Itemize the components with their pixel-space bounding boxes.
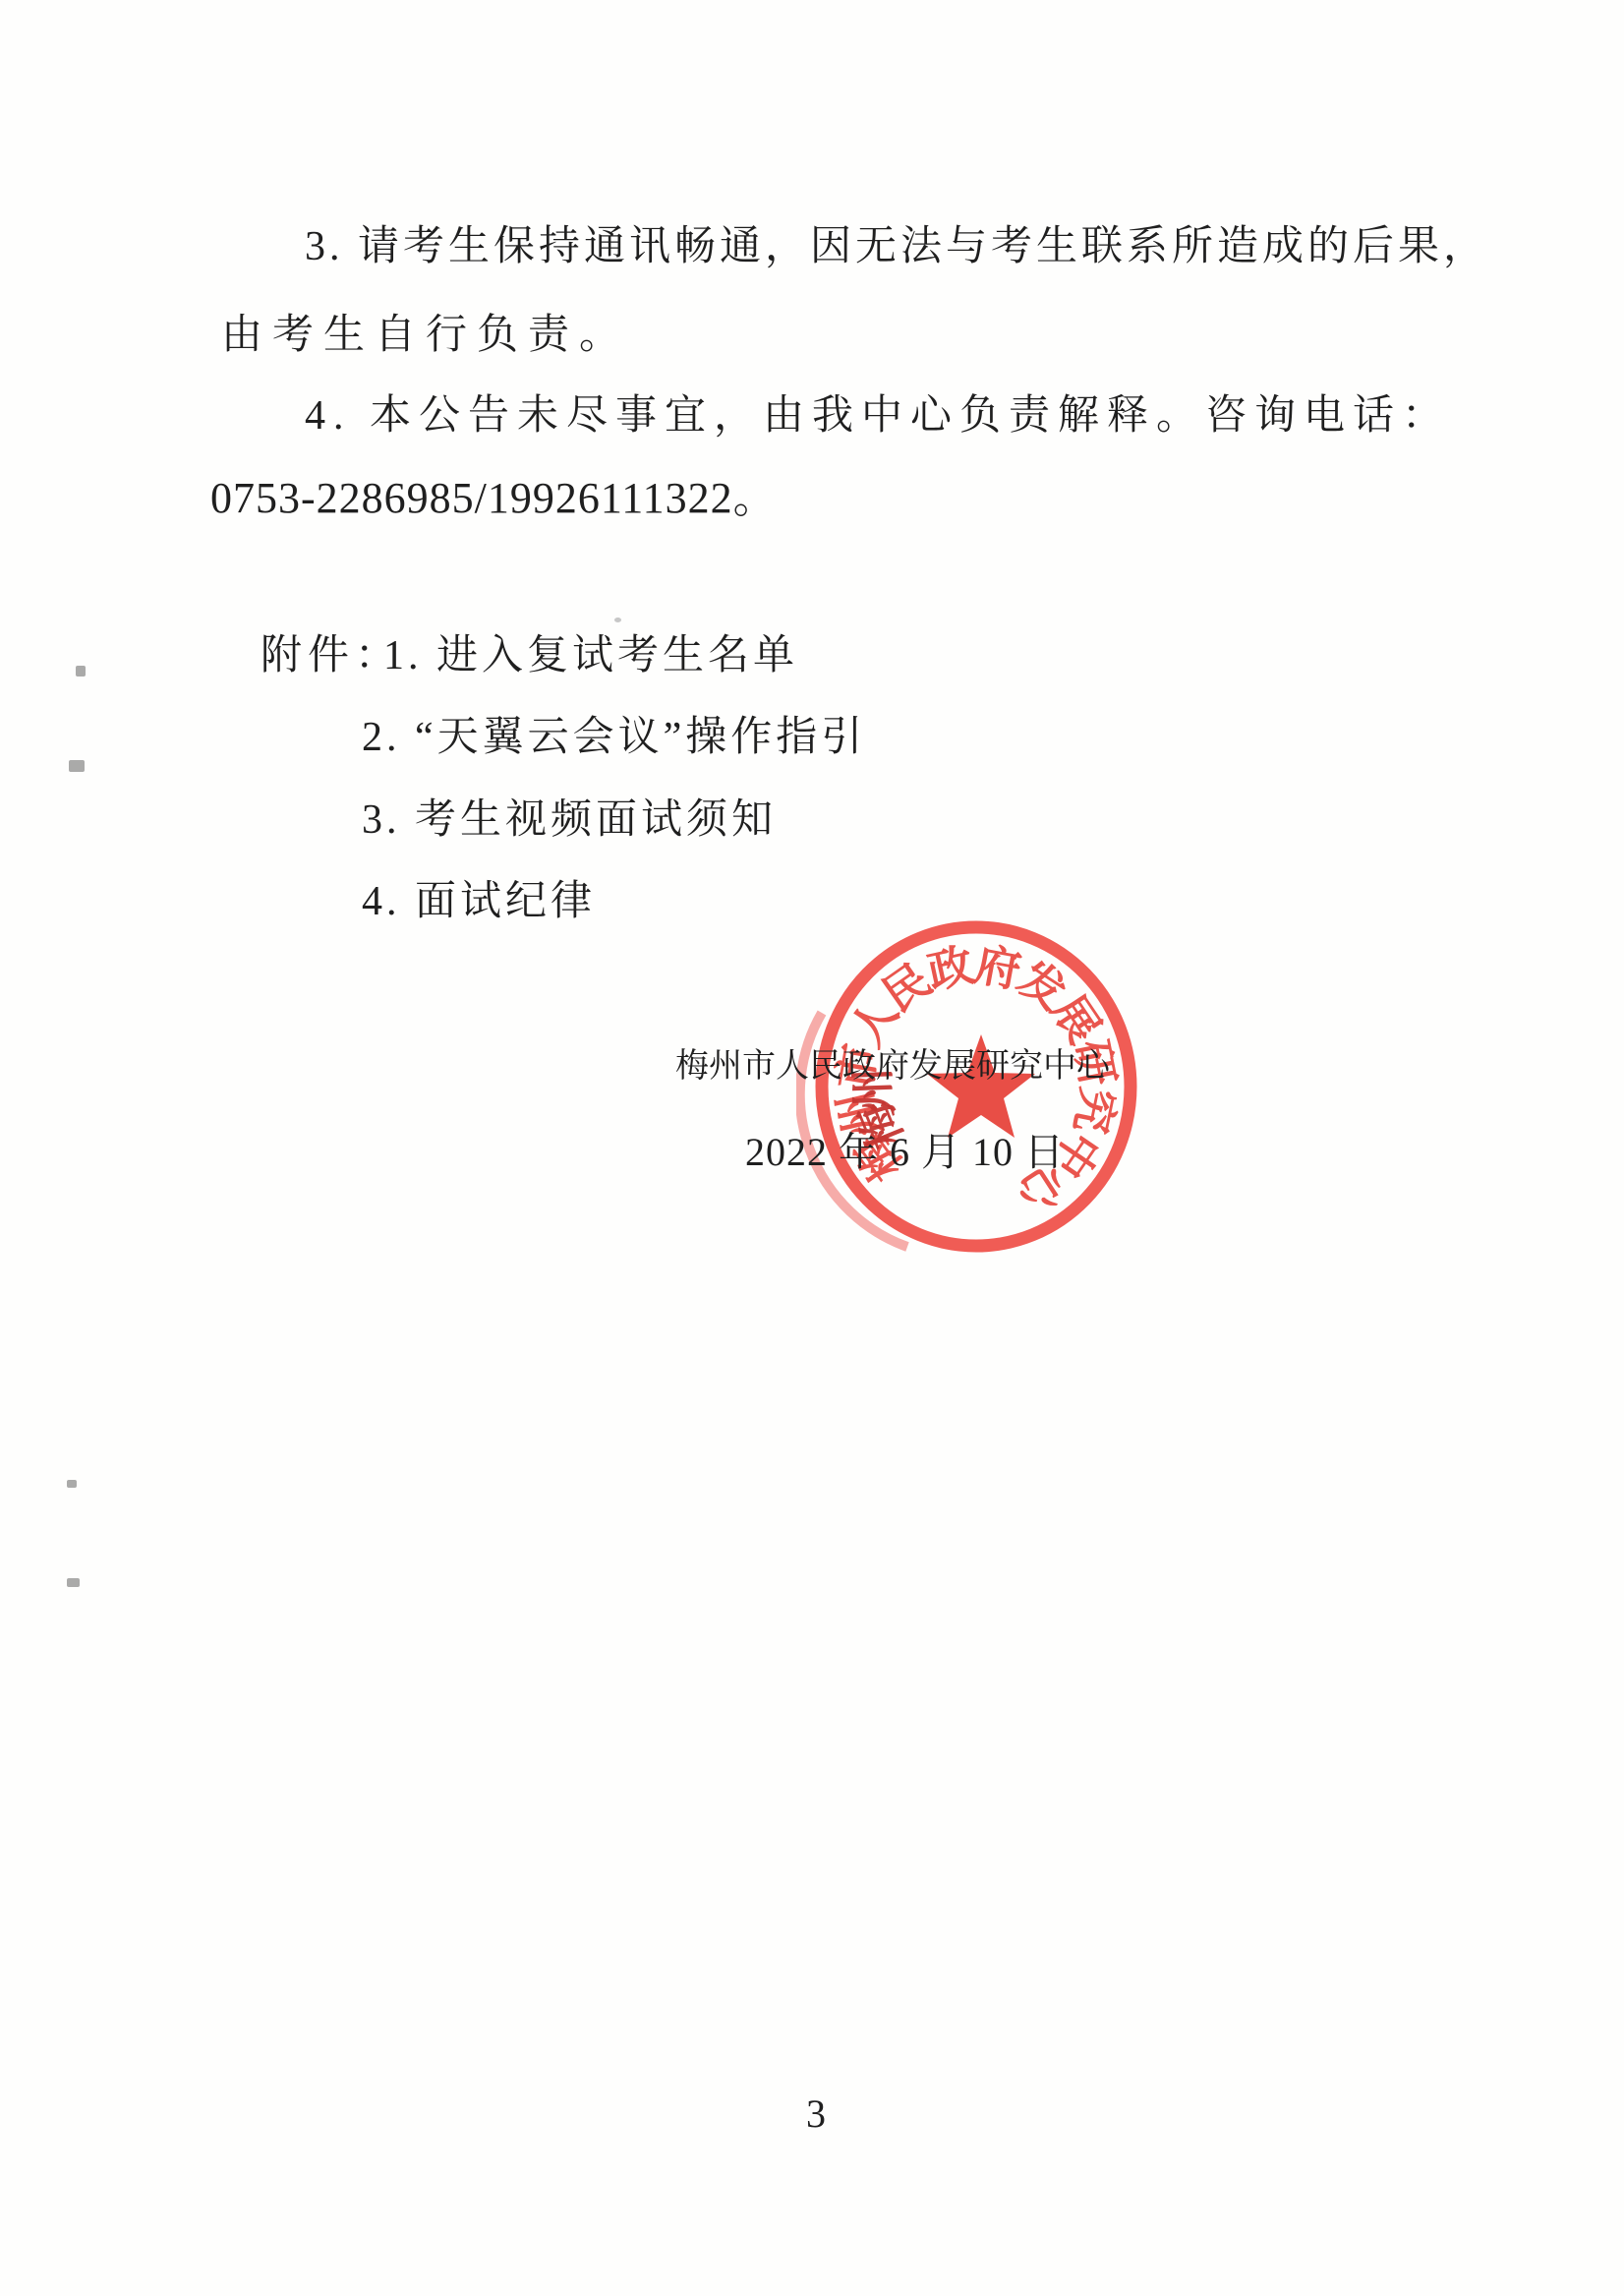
phone-numbers: 0753-2286985/19926111322。 (210, 475, 778, 522)
paragraph-4-line-1: 4. 本公告未尽事宜，由我中心负责解释。咨询电话： (305, 394, 1451, 439)
paragraph-3-line-2: 由考生自行负责。 (221, 314, 630, 358)
scan-smudge (67, 1480, 77, 1488)
scan-dot (614, 618, 621, 622)
official-seal: 梅 州 市 人 民 政 府 发 展 研 究 中 心 梅 州 (796, 900, 1170, 1283)
attachment-item-1: 1. 进入复试考生名单 (383, 634, 798, 678)
attachment-item-3: 3. 考生视频面试须知 (362, 798, 777, 843)
scan-smudge (67, 1578, 80, 1587)
paragraph-3-line-1: 3. 请考生保持通讯畅通，因无法与考生联系所造成的后果， (305, 225, 1488, 269)
scan-smudge (69, 760, 85, 772)
attachment-item-2: 2. “天翼云会议”操作指引 (362, 716, 866, 760)
attachment-item-4: 4. 面试纪律 (362, 880, 596, 924)
document-page: 3. 请考生保持通讯畅通，因无法与考生联系所造成的后果， 由考生自行负责。 4.… (0, 0, 1624, 2296)
attachments-label: 附件： (261, 634, 402, 678)
signature-org: 梅州市人民政府发展研究中心 (675, 1049, 1110, 1086)
seal-char: 政 (923, 939, 978, 998)
scan-smudge (76, 666, 86, 677)
page-number: 3 (806, 2092, 826, 2135)
signature-date: 2022 年 6 月 10 日 (745, 1131, 1065, 1173)
